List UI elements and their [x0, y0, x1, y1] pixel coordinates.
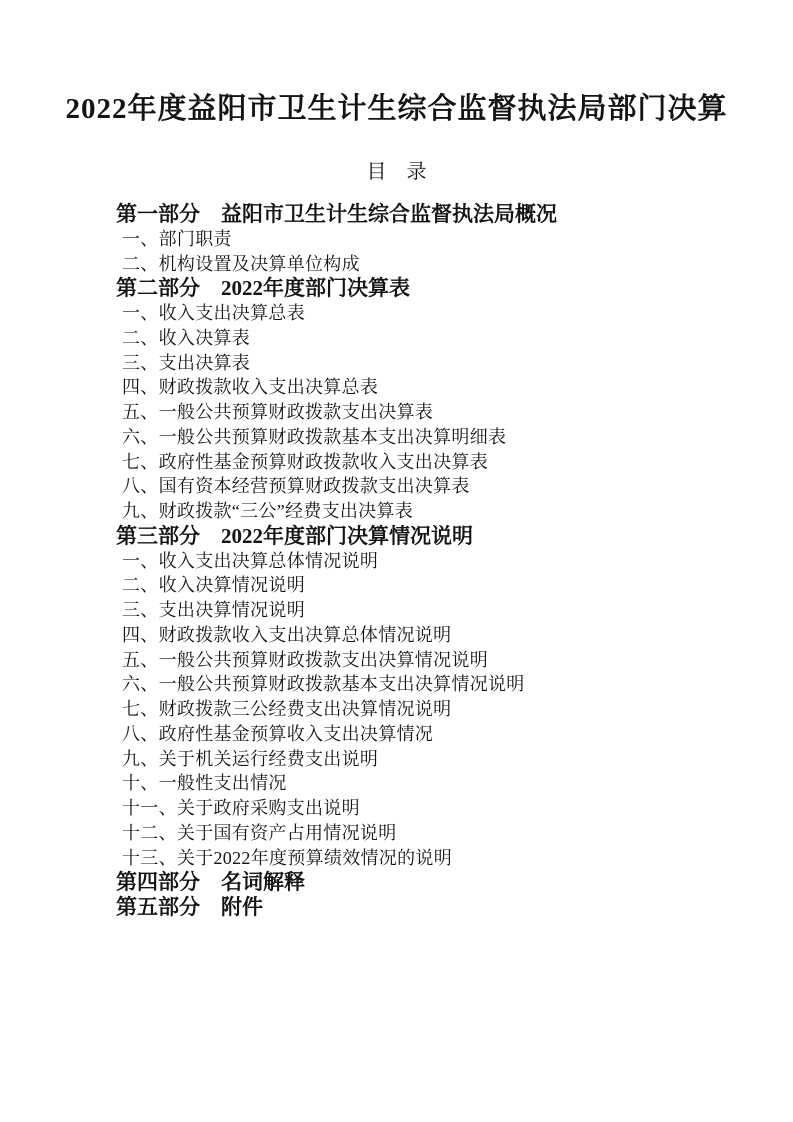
toc-item: 一、收入支出决算总表 [116, 301, 743, 326]
toc-item: 十二、关于国有资产占用情况说明 [116, 821, 743, 846]
toc-item: 一、部门职责 [116, 227, 743, 252]
toc-item: 五、一般公共预算财政拨款支出决算表 [116, 400, 743, 425]
toc-section-heading-part4: 第四部分 名词解释 [116, 870, 743, 895]
toc-item: 六、一般公共预算财政拨款基本支出决算情况说明 [116, 672, 743, 697]
toc-item: 十一、关于政府采购支出说明 [116, 796, 743, 821]
toc-item: 一、收入支出决算总体情况说明 [116, 549, 743, 574]
toc-item: 九、关于机关运行经费支出说明 [116, 747, 743, 772]
toc-item: 四、财政拨款收入支出决算总体情况说明 [116, 623, 743, 648]
toc-section-heading-part1: 第一部分 益阳市卫生计生综合监督执法局概况 [116, 202, 743, 227]
toc-item: 十三、关于2022年度预算绩效情况的说明 [116, 846, 743, 871]
toc-section-heading-part2: 第二部分 2022年度部门决算表 [116, 276, 743, 301]
toc-item: 七、政府性基金预算财政拨款收入支出决算表 [116, 450, 743, 475]
toc-item: 四、财政拨款收入支出决算总表 [116, 375, 743, 400]
toc-item: 五、一般公共预算财政拨款支出决算情况说明 [116, 648, 743, 673]
toc-item: 六、一般公共预算财政拨款基本支出决算明细表 [116, 425, 743, 450]
toc-heading: 目 录 [0, 161, 793, 183]
table-of-contents: 第一部分 益阳市卫生计生综合监督执法局概况 一、部门职责 二、机构设置及决算单位… [116, 202, 743, 920]
document-title: 2022年度益阳市卫生计生综合监督执法局部门决算 [0, 93, 793, 126]
toc-item: 三、支出决算表 [116, 351, 743, 376]
toc-item: 九、财政拨款“三公”经费支出决算表 [116, 499, 743, 524]
toc-section-heading-part5: 第五部分 附件 [116, 895, 743, 920]
toc-item: 三、支出决算情况说明 [116, 598, 743, 623]
toc-item: 二、收入决算表 [116, 326, 743, 351]
toc-item: 二、机构设置及决算单位构成 [116, 252, 743, 277]
toc-item: 七、财政拨款三公经费支出决算情况说明 [116, 697, 743, 722]
toc-section-heading-part3: 第三部分 2022年度部门决算情况说明 [116, 524, 743, 549]
toc-item: 二、收入决算情况说明 [116, 573, 743, 598]
toc-item: 八、国有资本经营预算财政拨款支出决算表 [116, 474, 743, 499]
toc-item: 八、政府性基金预算收入支出决算情况 [116, 722, 743, 747]
toc-item: 十、一般性支出情况 [116, 771, 743, 796]
document-page: 2022年度益阳市卫生计生综合监督执法局部门决算 目 录 第一部分 益阳市卫生计… [0, 0, 793, 1122]
